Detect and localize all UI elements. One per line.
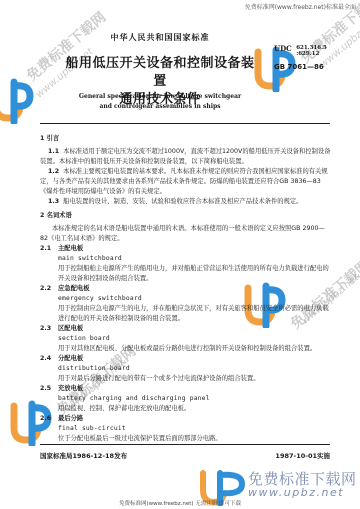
definition-title: 分配电板 [58,355,83,362]
udc-number-line2: :629.12 [296,51,319,57]
definition-text: 用于对其他区配电板、分配电板或最后分路供电进行控制的开关设备和控制设备的组合装置… [58,344,332,354]
watermark-logo-top-left [0,78,34,128]
definition-title: 主配电板 [58,245,83,252]
definition-english-term: emergency switchboard [58,294,332,304]
definition-heading: 2.3区配电板 [40,324,332,334]
clause-number: 1.3 [48,198,59,205]
footer-divider [40,444,330,445]
udc-number: 621.316.5 :629.12 [296,45,327,57]
definition-2-5: 2.5充放电板 battery charging and discharging… [40,384,332,414]
definition-english-term: final sub-circuit [58,424,332,434]
definition-text: 用以监视、控制、保护蓄电池充放电的配电板。 [58,404,332,414]
clause-text: 本标准适用于额定电压为交流不超过1000V，直流不超过1200V的船用低压开关设… [40,148,331,165]
definition-text: 用于对最后分路进行配电的带有一个或多个过电流保护设备的组合装置。 [58,374,332,384]
top-banner-text: 免费标准网(www.freebz.net)标准最全面 [245,2,356,11]
definition-number: 2.5 [40,384,58,394]
definition-number: 2.3 [40,324,58,334]
document-body: 1 引言 1.1 本标准适用于额定电压为交流不超过1000V，直流不超过1200… [40,134,332,444]
definition-heading: 2.5充放电板 [40,384,332,394]
title-en-line2: and controlgear assemblies in ships [60,102,260,112]
definition-title: 区配电板 [58,325,83,332]
gb-standard-number: GB 7061—86 [274,63,324,71]
definition-number: 2.6 [40,414,58,424]
definition-title: 应急配电板 [58,285,89,292]
up-logo-icon [0,78,34,124]
definition-2-6: 2.6最后分路 final sub-circuit 位于分配电板最后一级过电流保… [40,414,332,444]
definition-2-4: 2.4分配电板 distribution board 用于对最后分路进行配电的带… [40,354,332,384]
definition-2-1: 2.1主配电板 main switchboard 用于控制船舶主电源所产生的船用… [40,244,332,284]
definition-2-2: 2.2应急配电板 emergency switchboard 用于控制由应急电源… [40,284,332,324]
udc-label: UDC [274,44,292,53]
definition-heading: 2.2应急配电板 [40,284,332,294]
brand-url: www.upbz.net [248,486,344,499]
definition-text: 位于分配电板最后一级过电流保护装置后面的那部分电路。 [58,434,332,444]
clause-text: 船电装置的设计、制造、安装、试验和验收应符合本标准及相应产品技术条件的规定。 [63,198,302,205]
clause-number: 1.1 [48,148,59,155]
definition-number: 2.4 [40,354,58,364]
clause-1-3: 1.3 船电装置的设计、制造、安装、试验和验收应符合本标准及相应产品技术条件的规… [40,197,332,207]
definition-title: 最后分路 [58,415,83,422]
definition-number: 2.1 [40,244,58,254]
definition-text: 用于控制由应急电源产生的电力，并在船舶应急状况下，对有关旅客和船员安全所必需的电… [58,304,332,324]
section-2-intro: 本标准规定的名词术语是船电装置中通用的术语。本标准使用的一般术语的定义应按照GB… [40,224,332,244]
clause-1-1: 1.1 本标准适用于额定电压为交流不超过1000V，直流不超过1200V的船用低… [40,147,332,167]
definition-heading: 2.4分配电板 [40,354,332,364]
clause-text: 本标准主要规定船电装置的基本要求。凡本标准未作规定的则应符合我国相应国家标准的有… [40,168,328,195]
definition-heading: 2.1主配电板 [40,244,332,254]
effective-date: 1987-10-01实施 [275,451,330,460]
definition-text: 用于控制船舶主电源所产生的船用电力，并对船舶正常营运和生活使用的所有电力负载进行… [58,264,332,284]
definition-heading: 2.6最后分路 [40,414,332,424]
header-divider [40,123,330,124]
document-title-en: General specification for low-voltage sw… [60,92,260,112]
definition-english-term: battery charging and discharging panel [58,394,332,404]
definition-title: 充放电板 [58,385,83,392]
issue-date: 国家标准局1986-12-18发布 [40,451,127,460]
definition-english-term: section board [58,334,332,344]
definition-2-3: 2.3区配电板 section board 用于对其他区配电板、分配电板或最后分… [40,324,332,354]
udc-code: UDC 621.316.5 :629.12 [274,45,327,57]
national-standard-label: 中华人民共和国国家标准 [100,32,220,43]
section-2-heading: 2 名词术语 [40,211,332,221]
definition-number: 2.2 [40,284,58,294]
definition-english-term: distribution board [58,364,332,374]
title-en-line1: General specification for low-voltage sw… [60,92,260,102]
clause-number: 1.2 [48,168,59,175]
bottom-banner-text: 免费标准网(www.freebz.net) 无需注册 即可下载 [0,499,360,507]
section-1-heading: 1 引言 [40,134,332,144]
clause-1-2: 1.2 本标准主要规定船电装置的基本要求。凡本标准未作规定的则应符合我国相应国家… [40,167,332,197]
title-cn-line1: 船用低压开关设备和控制设备装置 [60,55,260,91]
definition-english-term: main switchboard [58,254,332,264]
